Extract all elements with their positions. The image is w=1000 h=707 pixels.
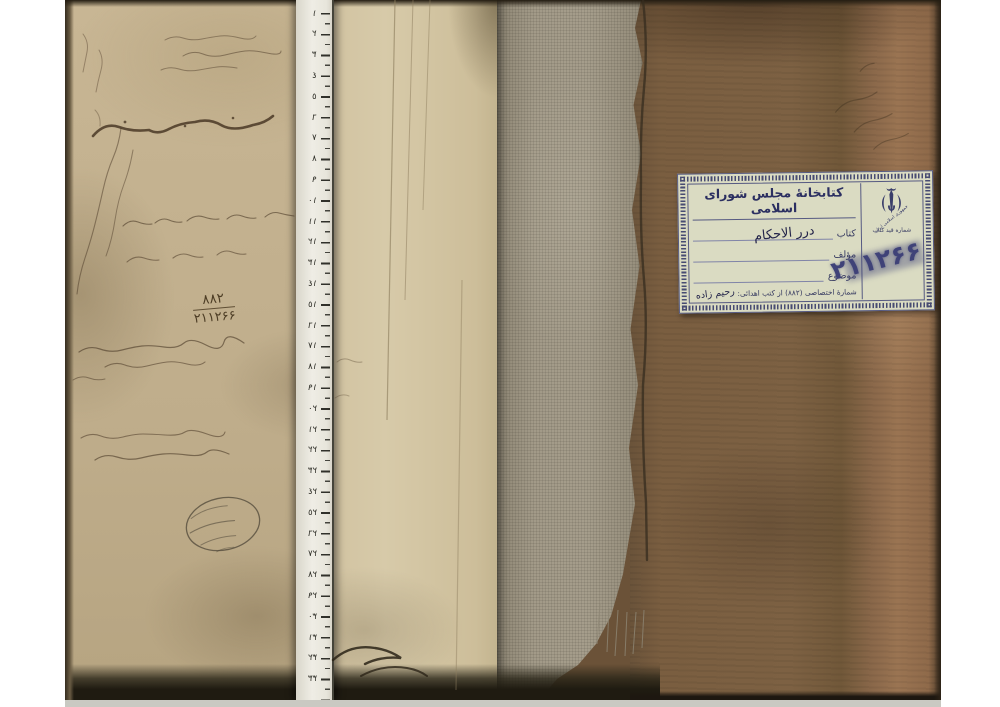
label-border xyxy=(925,173,932,307)
ruler-number: ۱۹ xyxy=(308,383,317,394)
ruler-number: ۲۹ xyxy=(308,591,317,602)
accession-fraction: ۸۸۲ ۲۱۱۲۶۶ xyxy=(192,289,237,327)
ruler-number: ۱٦ xyxy=(308,321,317,332)
ruler-number: ۲۱ xyxy=(308,425,317,436)
book-cover xyxy=(630,0,941,700)
ruler-number: ۱۰ xyxy=(308,196,317,207)
ruler-number: ۳۱ xyxy=(308,633,317,644)
footer-signature: رحیم زاده xyxy=(695,286,735,302)
ruler-number: ٤ xyxy=(312,71,317,82)
ruler-number: ۲۳ xyxy=(308,466,317,477)
label-border xyxy=(682,302,932,310)
ruler-number: ۱۲ xyxy=(308,237,317,248)
library-label: جمهوری اسلامی ایران شماره قید کتاب ۲۱۱۲۶… xyxy=(677,170,935,314)
ruler-number: ۲۰ xyxy=(308,404,317,415)
field-row-book: کتاب درر الاحکام xyxy=(693,218,856,241)
ruler-number: ۱ xyxy=(312,9,317,20)
ruler-number: ۱۱ xyxy=(308,217,317,228)
ruler-number: ۳۳ xyxy=(308,674,317,685)
manuscript-left-page xyxy=(65,0,333,700)
ruler-number: ۲۲ xyxy=(308,445,317,456)
book-photo: ۳۱۷ ۸۸۲ ۲۱۱۲۶۶ xyxy=(65,0,941,700)
field-label: کتاب xyxy=(837,228,856,239)
ruler-number: ۱۳ xyxy=(308,258,317,269)
photo-left-edge xyxy=(65,0,74,700)
ruler-number: ٦ xyxy=(312,113,317,124)
label-footer: شمارهٔ اختصاصی (۸۸۲) از کتب اهدائی: رحیم… xyxy=(694,286,857,299)
ruler-number: ۳۲ xyxy=(308,653,317,664)
scanner-strip xyxy=(65,700,941,707)
ruler-number: ۸ xyxy=(312,154,317,165)
measuring-tape-ruler: ۱۲۳٤٥٦۷۸۹۱۰۱۱۱۲۱۳۱٤۱٥۱٦۱۷۱۸۱۹۲۰۲۱۲۲۲۳۲٤۲… xyxy=(296,0,334,700)
ruler-number: ۲ xyxy=(312,29,317,40)
ruler-number: ۲۷ xyxy=(308,549,317,560)
label-side-column: جمهوری اسلامی ایران شماره قید کتاب ۲۱۱۲۶… xyxy=(860,182,923,299)
footer-prefix: شمارهٔ اختصاصی (۸۸۲) از کتب اهدائی: xyxy=(737,287,856,298)
cloth-binding xyxy=(497,0,647,700)
field-line xyxy=(693,260,824,284)
ruler-number: ۱٤ xyxy=(308,279,317,290)
ruler-number: ۲٦ xyxy=(308,529,317,540)
cover-bottom-edge xyxy=(630,691,941,700)
ruler-number: ۲٥ xyxy=(308,508,317,519)
ruler-number: ٥ xyxy=(312,92,317,103)
ruler-number: ۲۸ xyxy=(308,570,317,581)
label-content: جمهوری اسلامی ایران شماره قید کتاب ۲۱۱۲۶… xyxy=(689,182,923,301)
label-border xyxy=(680,177,687,311)
page-bottom-shadow xyxy=(65,664,660,700)
photo-right-edge xyxy=(934,0,941,700)
flyleaf-page xyxy=(305,0,507,700)
ruler-number: ۹ xyxy=(312,175,317,186)
ruler-number: ۱۸ xyxy=(308,362,317,373)
ruler-number: ۷ xyxy=(312,133,317,144)
label-header: کتابخانهٔ مجلس شورای اسلامی xyxy=(692,183,855,220)
photo-top-edge xyxy=(65,0,941,7)
ruler-number: ۲٤ xyxy=(308,487,317,498)
ruler-number: ۱٥ xyxy=(308,300,317,311)
scan-canvas: { "left_page": { "folio_number": "۳۱۷", … xyxy=(0,0,1000,707)
ruler-number: ۳۰ xyxy=(308,612,317,623)
ruler-numbers: ۱۲۳٤٥٦۷۸۹۱۰۱۱۱۲۱۳۱٤۱٥۱٦۱۷۱۸۱۹۲۰۲۱۲۲۲۳۲٤۲… xyxy=(296,0,332,700)
ruler-number: ۳ xyxy=(312,50,317,61)
iran-emblem-icon xyxy=(876,187,906,219)
ruler-number: ۱۷ xyxy=(308,341,317,352)
